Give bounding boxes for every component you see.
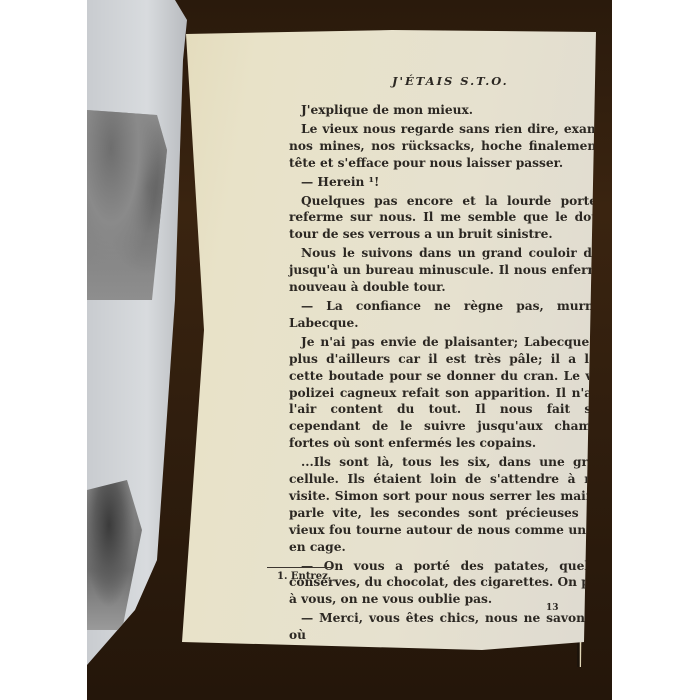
paragraph: ...Ils sont là, tous les six, dans une g…	[289, 454, 612, 555]
paragraph: — Herein ¹!	[289, 174, 612, 191]
signature-mark: 13	[546, 603, 559, 613]
footnote: 1. Entrez.	[277, 571, 331, 582]
running-head: J'ÉTAIS S.T.O.	[392, 74, 612, 88]
paragraph: J'explique de mon mieux.	[289, 102, 612, 119]
paragraph: Quelques pas encore et la lourde porte s…	[289, 193, 612, 244]
book-photo: J'ÉTAIS S.T.O. 193 J'explique de mon mie…	[87, 0, 612, 700]
paragraph: Je n'ai pas envie de plaisanter; Labecqu…	[289, 334, 612, 452]
left-page	[87, 0, 187, 670]
paragraph: — On vous a porté des patates, quelques …	[289, 558, 612, 609]
paragraph: Nous le suivons dans un grand couloir da…	[289, 245, 612, 296]
photo-plate-bottom	[87, 480, 142, 630]
right-page: J'ÉTAIS S.T.O. 193 J'explique de mon mie…	[182, 30, 597, 655]
paragraph: Le vieux nous regarde sans rien dire, ex…	[289, 121, 612, 172]
page-number: 193	[595, 74, 612, 88]
footnote-rule	[267, 567, 332, 568]
paragraph: — Merci, vous êtes chics, nous ne savons…	[289, 610, 612, 644]
body-text: J'explique de mon mieux. Le vieux nous r…	[289, 102, 612, 646]
photo-plate-top	[87, 110, 167, 300]
paragraph: — La confiance ne règne pas, murmure Lab…	[289, 298, 612, 332]
